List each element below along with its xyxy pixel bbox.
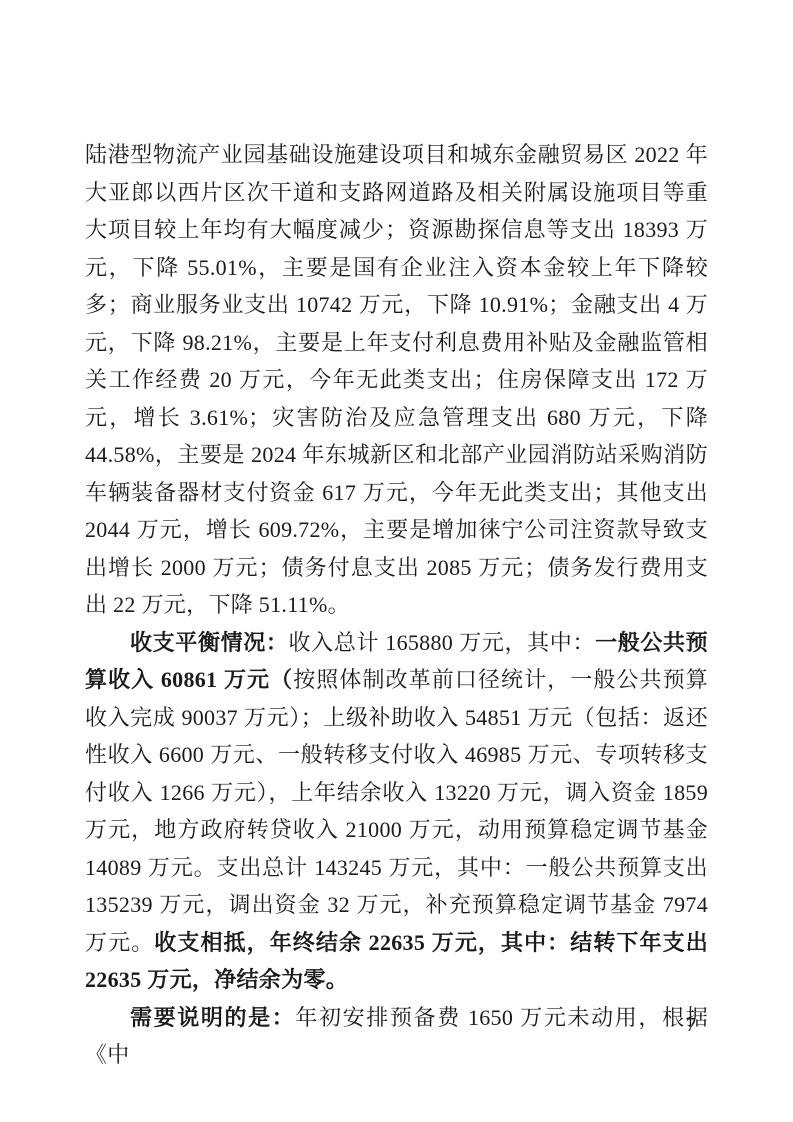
text-segment: 按照体制改革前口径统计，一般公共预算收入完成 90037 万元）；上级补助收入 … [85, 667, 708, 955]
document-page: 陆港型物流产业园基础设施建设项目和城东金融贸易区 2022 年大亚郎以西片区次干… [0, 0, 793, 1122]
paragraph: 陆港型物流产业园基础设施建设项目和城东金融贸易区 2022 年大亚郎以西片区次干… [85, 136, 708, 624]
document-body: 陆港型物流产业园基础设施建设项目和城东金融贸易区 2022 年大亚郎以西片区次干… [85, 136, 708, 1074]
text-segment: 收入总计 165880 万元，其中： [289, 630, 596, 655]
paragraph: 收支平衡情况：收入总计 165880 万元，其中：一般公共预算收入 60861 … [85, 624, 708, 999]
bold-text-segment: 收支平衡情况： [130, 630, 289, 655]
page-footer: 7 [0, 1010, 793, 1050]
page-number: 7 [686, 1010, 696, 1040]
text-segment: 陆港型物流产业园基础设施建设项目和城东金融贸易区 2022 年大亚郎以西片区次干… [85, 142, 708, 617]
bold-text-segment: 收支相抵，年终结余 22635 万元，其中：结转下年支出 22635 万元，净结… [85, 930, 708, 993]
